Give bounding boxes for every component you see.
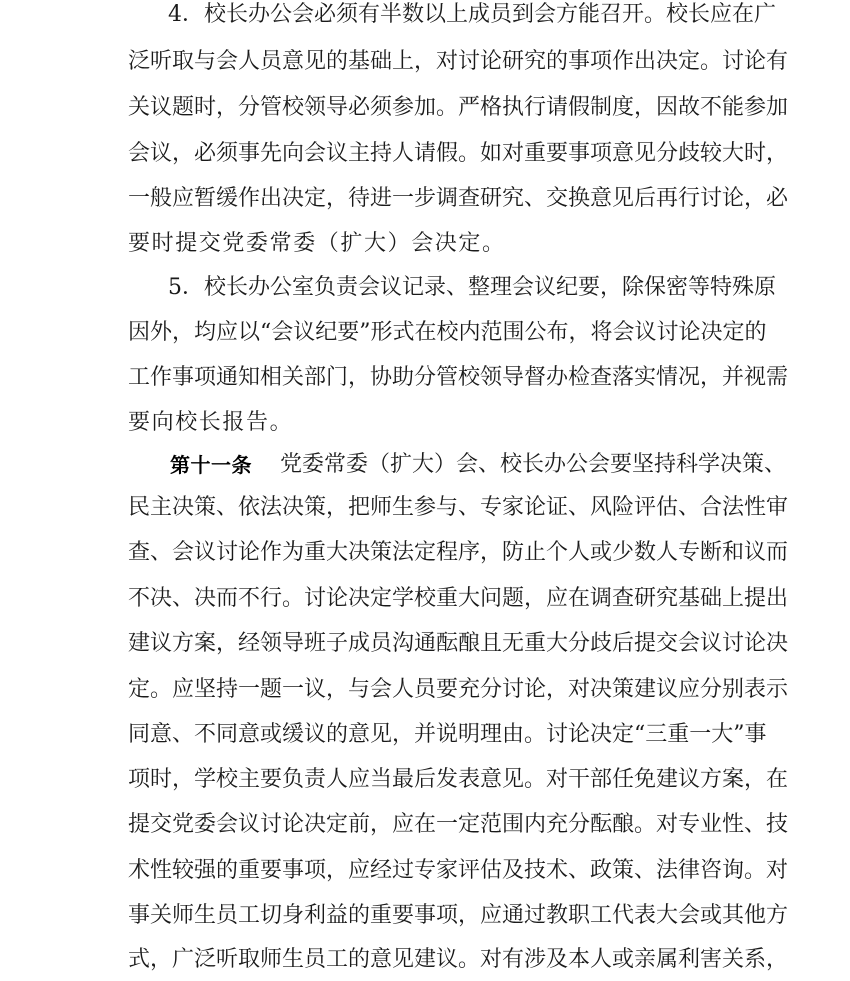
article-heading: 第十一条 <box>170 450 250 480</box>
text-line: 一般应暂缓作出决定，待进一步调查研究、交换意见后再行讨论，必 <box>128 184 720 214</box>
text-line: 不决、决而不行。讨论决定学校重大问题，应在调查研究基础上提出 <box>128 584 720 614</box>
text-line: 5．校长办公室负责会议记录、整理会议纪要，除保密等特殊原 <box>168 273 720 303</box>
text-line: 工作事项通知相关部门，协助分管校领导督办检查落实情况，并视需 <box>128 363 720 393</box>
text-line: 术性较强的重要事项，应经过专家评估及技术、政策、法律咨询。对 <box>128 856 720 886</box>
text-line: 项时，学校主要负责人应当最后发表意见。对干部任免建议方案，在 <box>128 765 720 795</box>
text-line: 因外，均应以“会议纪要”形式在校内范围公布，将会议讨论决定的 <box>128 318 720 348</box>
text-line: 建议方案，经领导班子成员沟通酝酿且无重大分歧后提交会议讨论决 <box>128 629 720 659</box>
text-line: 4．校长办公会必须有半数以上成员到会方能召开。校长应在广 <box>168 0 720 30</box>
text-line: 定。应坚持一题一议，与会人员要充分讨论，对决策建议应分别表示 <box>128 675 720 705</box>
text-line: 会议，必须事先向会议主持人请假。如对重要事项意见分歧较大时， <box>128 139 720 169</box>
text-line: 泛听取与会人员意见的基础上，对讨论研究的事项作出决定。讨论有 <box>128 47 720 77</box>
text-line: 提交党委会议讨论决定前，应在一定范围内充分酝酿。对专业性、技 <box>128 810 720 840</box>
text-line: 查、会议讨论作为重大决策法定程序，防止个人或少数人专断和议而 <box>128 538 720 568</box>
text-line: 要向校长报告。 <box>128 408 720 438</box>
text-line: 民主决策、依法决策，把师生参与、专家论证、风险评估、合法性审 <box>128 493 720 523</box>
text-line: 式，广泛听取师生员工的意见建议。对有涉及本人或亲属利害关系， <box>128 945 720 975</box>
text-line: 事关师生员工切身利益的重要事项，应通过教职工代表大会或其他方 <box>128 901 720 931</box>
text-line: 党委常委（扩大）会、校长办公会要坚持科学决策、 <box>280 450 720 480</box>
document-page: 4．校长办公会必须有半数以上成员到会方能召开。校长应在广 泛听取与会人员意见的基… <box>0 0 850 981</box>
text-line: 同意、不同意或缓议的意见，并说明理由。讨论决定“三重一大”事 <box>128 720 720 750</box>
text-line: 关议题时，分管校领导必须参加。严格执行请假制度，因故不能参加 <box>128 93 720 123</box>
text-line: 要时提交党委常委（扩大）会决定。 <box>128 229 720 259</box>
